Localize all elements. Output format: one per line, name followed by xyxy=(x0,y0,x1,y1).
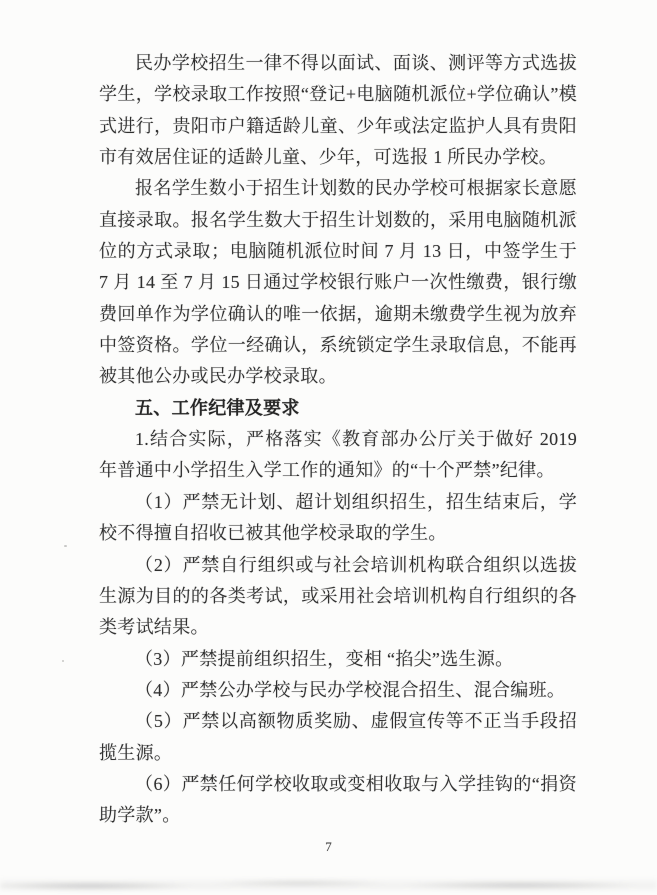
list-item-prohibition-2: （2）严禁自行组织或与社会培训机构联合组织以选拔生源为目的的各类考试，或采用社会… xyxy=(99,550,577,644)
list-item-prohibition-6: （6）严禁任何学校收取或变相收取与入学挂钩的“捐资助学款”。 xyxy=(99,769,577,832)
list-item-prohibition-5: （5）严禁以高额物质奖励、虚假宣传等不正当手段招揽生源。 xyxy=(99,706,577,769)
document-page: 民办学校招生一律不得以面试、面谈、测评等方式选拔学生，学校录取工作按照“登记+电… xyxy=(0,0,657,895)
page-body: 民办学校招生一律不得以面试、面谈、测评等方式选拔学生，学校录取工作按照“登记+电… xyxy=(99,48,577,832)
list-item-prohibition-4: （4）严禁公办学校与民办学校混合招生、混合编班。 xyxy=(99,675,577,706)
paragraph-discipline-intro: 1.结合实际，严格落实《教育部办公厅关于做好 2019 年普通中小学招生入学工作… xyxy=(99,424,577,487)
paragraph-lottery-and-payment: 报名学生数小于招生计划数的民办学校可根据家长意愿直接录取。报名学生数大于招生计划… xyxy=(99,173,577,392)
paragraph-private-school-selection: 民办学校招生一律不得以面试、面谈、测评等方式选拔学生，学校录取工作按照“登记+电… xyxy=(99,48,577,173)
scan-speck-artifact xyxy=(62,660,64,662)
page-number: 7 xyxy=(0,839,657,855)
section-heading-5: 五、工作纪律及要求 xyxy=(99,393,577,424)
scan-shadow-artifact xyxy=(0,877,657,892)
list-item-prohibition-3: （3）严禁提前组织招生，变相 “掐尖”选生源。 xyxy=(99,644,577,675)
list-item-prohibition-1: （1）严禁无计划、超计划组织招生，招生结束后，学校不得擅自招收已被其他学校录取的… xyxy=(99,487,577,550)
scan-speck-artifact xyxy=(64,545,67,547)
